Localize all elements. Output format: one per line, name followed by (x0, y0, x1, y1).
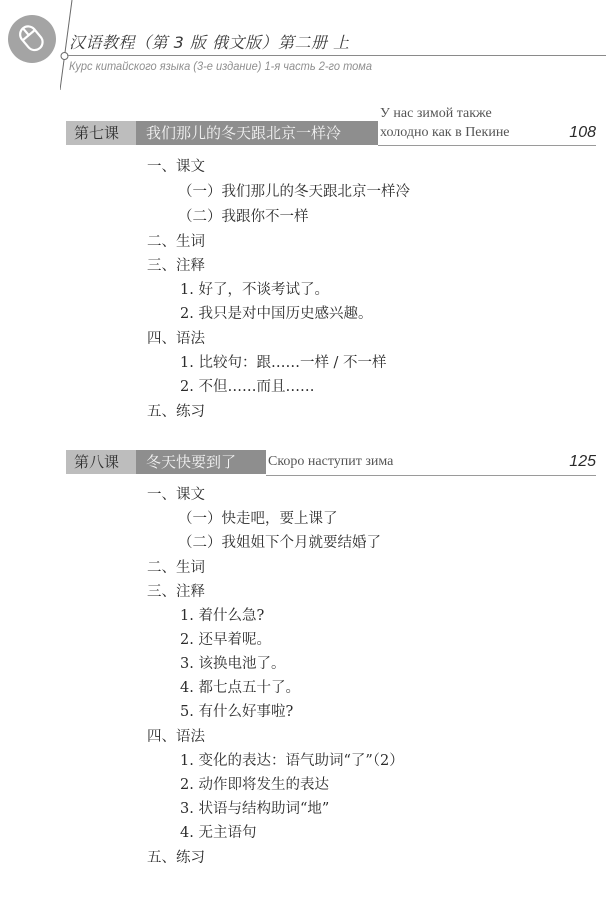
section-grammar: 四、语法 (147, 727, 205, 747)
section-grammar: 四、语法 (147, 329, 205, 349)
note-item: 5. 有什么好事啦? (180, 702, 293, 722)
section-text: 一、课文 (147, 157, 205, 177)
book-title: 汉语教程（第 3 版 俄文版）第二册 上 (69, 30, 350, 53)
lesson-title-ru: Скоро наступит зима (268, 452, 393, 472)
lesson-number: 第七课 (66, 121, 136, 145)
lesson-8-header: 第八课 冬天快要到了 Скоро наступит зима 125 (66, 450, 596, 476)
grammar-item: 2. 动作即将发生的表达 (180, 775, 329, 795)
section-text: 一、课文 (147, 485, 205, 505)
running-head: 汉语教程（第 3 版 俄文版）第二册 上 Курс китайского язы… (0, 0, 606, 90)
text-item: （二）我跟你不一样 (178, 207, 309, 227)
grammar-item: 1. 变化的表达：语气助词“了”（2） (180, 751, 404, 771)
section-exercises: 五、练习 (147, 402, 205, 422)
lesson-title-zh: 冬天快要到了 (136, 450, 266, 474)
text-item: （二）我姐姐下个月就要结婚了 (178, 533, 381, 553)
book-subtitle: Курс китайского языка (3-е издание) 1-я … (69, 59, 372, 73)
grammar-item: 4. 无主语句 (180, 823, 256, 843)
section-notes: 三、注释 (147, 582, 205, 602)
header-rule (67, 55, 606, 56)
section-vocabulary: 二、生词 (147, 232, 205, 252)
page-number: 108 (569, 124, 596, 142)
section-exercises: 五、练习 (147, 848, 205, 868)
lesson-title-ru-line1: У нас зимой также (380, 104, 492, 124)
grammar-item: 3. 状语与结构助词“地” (180, 799, 329, 819)
mouse-icon (8, 15, 56, 63)
section-notes: 三、注释 (147, 256, 205, 276)
text-item: （一）我们那儿的冬天跟北京一样冷 (178, 182, 410, 202)
lesson-number: 第八课 (66, 450, 136, 474)
note-item: 2. 还早着呢。 (180, 630, 271, 650)
note-item: 1. 好了，不谈考试了。 (180, 280, 329, 300)
lesson-rule (266, 475, 596, 476)
note-item: 3. 该换电池了。 (180, 654, 285, 674)
text-item: （一）快走吧，要上课了 (178, 509, 338, 529)
grammar-item: 2. 不但……而且…… (180, 377, 314, 397)
grammar-item: 1. 比较句：跟……一样 / 不一样 (180, 353, 387, 373)
section-vocabulary: 二、生词 (147, 558, 205, 578)
note-item: 2. 我只是对中国历史感兴趣。 (180, 304, 372, 324)
lesson-7-header: 第七课 我们那儿的冬天跟北京一样冷 У нас зимой также холо… (66, 110, 596, 146)
note-item: 1. 着什么急? (180, 606, 264, 626)
lesson-title-ru-line2: холодно как в Пекине (380, 123, 510, 143)
lesson-rule (378, 145, 596, 146)
note-item: 4. 都七点五十了。 (180, 678, 300, 698)
lesson-title-zh: 我们那儿的冬天跟北京一样冷 (136, 121, 378, 145)
page-number: 125 (569, 453, 596, 471)
